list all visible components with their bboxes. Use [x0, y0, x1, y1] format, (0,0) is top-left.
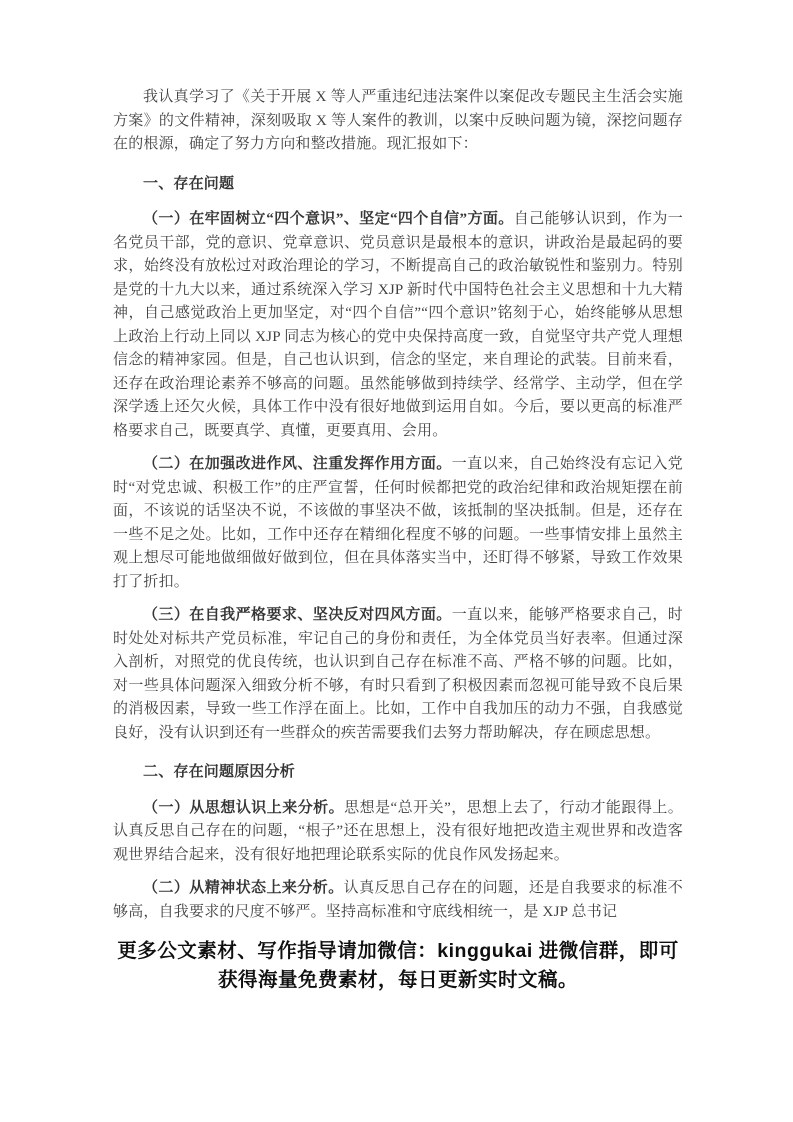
paragraph-lead: （一）从思想认识上来分析。 [143, 800, 344, 816]
promo-footer: 更多公文素材、写作指导请加微信：kinggukai 进微信群，即可获得海量免费素… [113, 937, 683, 995]
paragraph: （一）在牢固树立“四个意识”、坚定“四个自信”方面。自己能够认识到，作为一名党员… [113, 208, 683, 443]
paragraph-lead: （二）在加强改进作风、注重发挥作用方面。 [143, 456, 452, 472]
paragraph-body: 自己能够认识到，作为一名党员干部，党的意识、党章意识、党员意识是最根本的意识，讲… [113, 211, 683, 439]
section-heading-1: 一、存在问题 [113, 173, 683, 197]
paragraph-body: 一直以来，自己始终没有忘记入党时“对党忠诚、积极工作”的庄严宣誓，任何时候都把党… [113, 456, 683, 590]
paragraph: （二）从精神状态上来分析。认真反思自己存在的问题，还是自我要求的标准不够高，自我… [113, 877, 683, 924]
paragraph: （一）从思想认识上来分析。思想是“总开关”，思想上去了，行动才能跟得上。认真反思… [113, 797, 683, 868]
section-heading-2: 二、存在问题原因分析 [113, 761, 683, 785]
paragraph-lead: （三）在自我严格要求、坚决反对四风方面。 [143, 607, 452, 623]
paragraph-body: 一直以来，能够严格要求自己，时时处处对标共产党员标准，牢记自己的身份和责任，为全… [113, 607, 683, 741]
paragraph: （二）在加强改进作风、注重发挥作用方面。一直以来，自己始终没有忘记入党时“对党忠… [113, 453, 683, 594]
paragraph: （三）在自我严格要求、坚决反对四风方面。一直以来，能够严格要求自己，时时处处对标… [113, 604, 683, 745]
intro-paragraph: 我认真学习了《关于开展 X 等人严重违纪违法案件以案促改专题民主生活会实施方案》… [113, 86, 683, 157]
document-page: 我认真学习了《关于开展 X 等人严重违纪违法案件以案促改专题民主生活会实施方案》… [0, 0, 793, 1122]
paragraph-lead: （二）从精神状态上来分析。 [143, 880, 344, 896]
paragraph-lead: （一）在牢固树立“四个意识”、坚定“四个自信”方面。 [143, 211, 514, 227]
